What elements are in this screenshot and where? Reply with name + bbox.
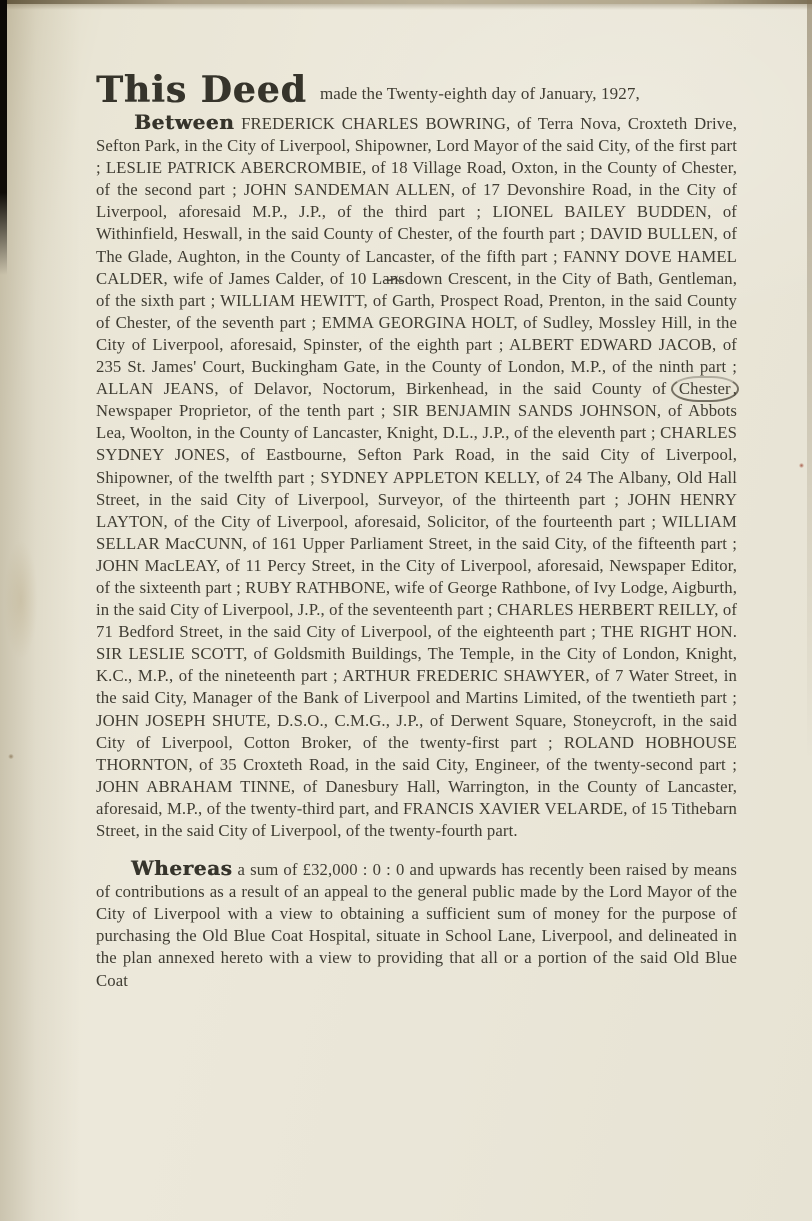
parties-text-middle: Crescent, in the City of Bath, Gentleman… [96, 269, 737, 398]
whereas-paragraph: Whereas a sum of £32,000 : 0 : 0 and upw… [96, 857, 737, 992]
whereas-word: Whereas [131, 856, 232, 880]
paper-speck-red [799, 463, 804, 468]
deed-text-block: This Deed made the Twenty-eighth day of … [96, 72, 737, 992]
parties-text-before-lansdown: FREDERICK CHARLES BOWRING, of Terra Nova… [96, 114, 737, 288]
paper-stain [4, 540, 38, 660]
deed-title-word: This Deed [96, 69, 307, 111]
parties-text-after-chester: , Newspaper Proprietor, of the tenth par… [96, 379, 737, 840]
between-word: Between [134, 110, 234, 134]
deed-page-photo: This Deed made the Twenty-eighth day of … [0, 0, 812, 1221]
deed-heading: This Deed made the Twenty-eighth day of … [96, 72, 737, 108]
parties-paragraph: Between FREDERICK CHARLES BOWRING, of Te… [96, 111, 737, 842]
page-top-edge-shadow [0, 4, 812, 10]
deed-date-line: made the Twenty-eighth day of January, 1… [320, 84, 640, 103]
page-corner-shadow [0, 0, 7, 275]
page-right-edge [807, 0, 812, 760]
pen-circle-annotation: Chester [671, 376, 739, 402]
paper-speck-brown [8, 754, 14, 759]
pen-stroke-annotation: Lansdown [372, 269, 442, 288]
